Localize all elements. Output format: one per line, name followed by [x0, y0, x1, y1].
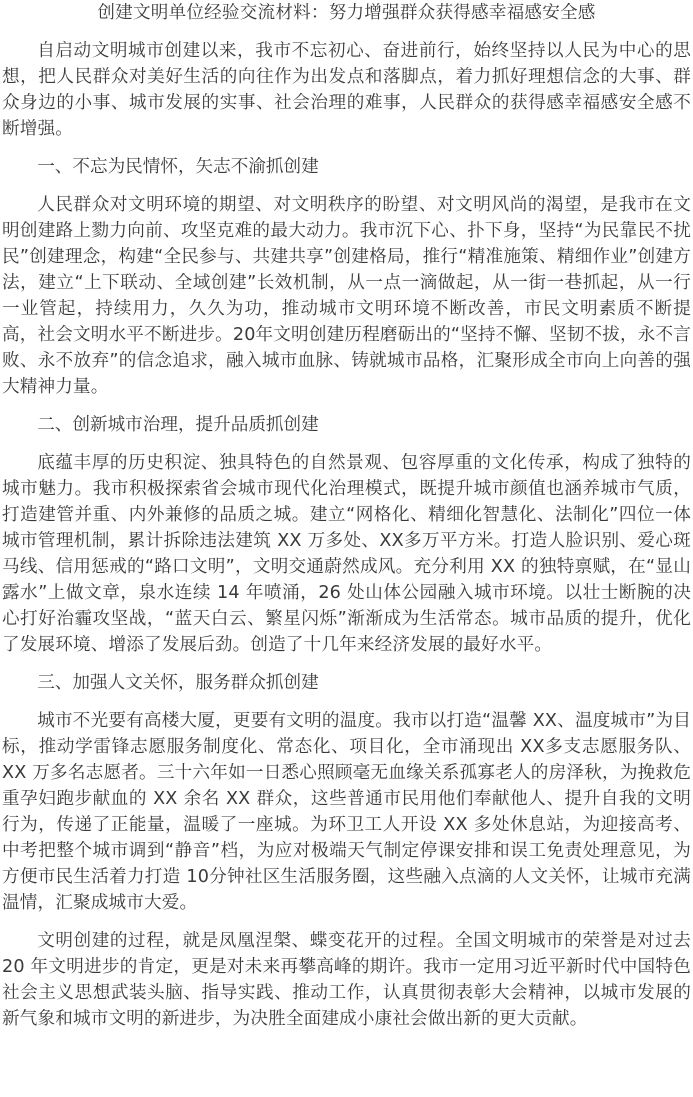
section-heading-3: 三、加强人文关怀，服务群众抓创建 [2, 670, 691, 696]
section-body-3: 城市不光要有高楼大厦，更要有文明的温度。我市以打造“温馨 XX、温度城市”为目标… [2, 708, 691, 916]
section-heading-2: 二、创新城市治理，提升品质抓创建 [2, 412, 691, 438]
document: 创建文明单位经验交流材料：努力增强群众获得感幸福感安全感 自启动文明城市创建以来… [0, 0, 693, 1032]
section-body-2: 底蕴丰厚的历史积淀、独具特色的自然景观、包容厚重的文化传承，构成了独特的城市魅力… [2, 450, 691, 658]
section-body-1: 人民群众对文明环境的期望、对文明秩序的盼望、对文明风尚的渴望，是我市在文明创建路… [2, 192, 691, 400]
section-heading-1: 一、不忘为民情怀，矢志不渝抓创建 [2, 154, 691, 180]
closing-paragraph: 文明创建的过程，就是凤凰涅槃、蝶变花开的过程。全国文明城市的荣誉是对过去 20 … [2, 928, 691, 1032]
intro-paragraph: 自启动文明城市创建以来，我市不忘初心、奋进前行，始终坚持以人民为中心的思想，把人… [2, 38, 691, 142]
document-title: 创建文明单位经验交流材料：努力增强群众获得感幸福感安全感 [2, 0, 691, 26]
